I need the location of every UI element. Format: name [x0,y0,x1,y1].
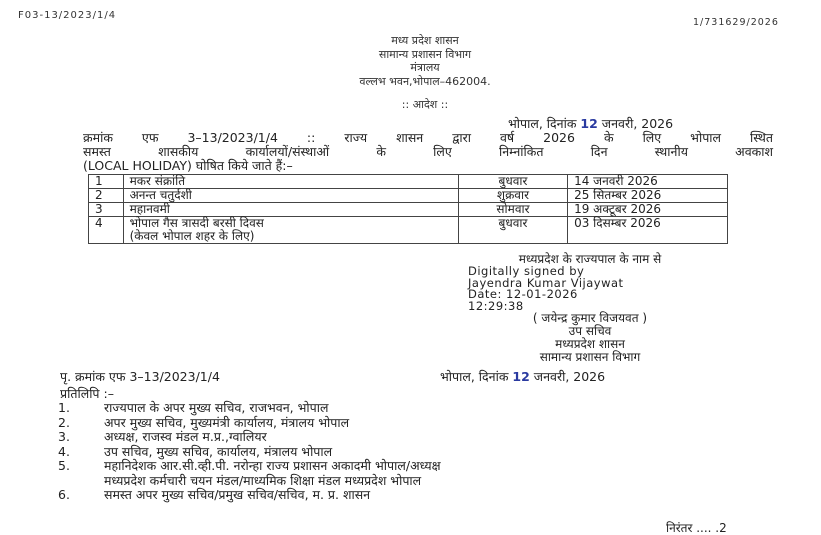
letterhead: मध्य प्रदेश शासन सामान्य प्रशासन विभाग म… [300,34,550,88]
copy-to-item: मध्यप्रदेश कर्मचारी चयन मंडल/माध्यमिक शि… [58,474,441,489]
holiday-name: महानवमी [123,203,458,217]
copy-to-item: 2.अपर मुख्य सचिव, मुख्यमंत्री कार्यालय, … [58,416,441,431]
letterhead-address: वल्लभ भवन,भोपाल–462004. [300,75,550,89]
holiday-weekday: बुधवार [458,175,567,189]
serial-reference: 1/731629/2026 [693,17,779,28]
holiday-sn: 1 [89,175,124,189]
body-line: समस्त शासकीय कार्यालयों/संस्थाओं के लिए … [83,145,773,159]
copy-to-item: 6.समस्त अपर मुख्य सचिव/प्रमुख सचिव/सचिव,… [58,488,441,503]
signature-block: मध्यप्रदेश के राज्यपाल के नाम से Digital… [440,253,740,364]
holiday-date: 19 अक्टूबर 2026 [568,203,728,217]
order-title: :: आदेश :: [300,97,550,112]
holiday-sn: 2 [89,189,124,203]
handwritten-day: 12 [580,116,597,131]
holiday-table: 1मकर संक्रांतिबुधवार14 जनवरी 20262अनन्त … [88,174,728,244]
signatory-dept: सामान्य प्रशासन विभाग [440,351,740,364]
holiday-sn: 3 [89,203,124,217]
holiday-row: 4भोपाल गैस त्रासदी बरसी दिवस(केवल भोपाल … [89,217,728,244]
holiday-date: 25 सितम्बर 2026 [568,189,728,203]
holiday-sn: 4 [89,217,124,244]
file-reference: F03-13/2023/1/4 [18,10,116,21]
copy-to-item: 1.राज्यपाल के अपर मुख्य सचिव, राजभवन, भो… [58,401,441,416]
endorsement-ref: पृ. क्रमांक एफ 3–13/2023/1/4 [60,368,220,385]
letterhead-govt: मध्य प्रदेश शासन [300,34,550,48]
holiday-weekday: सोमवार [458,203,567,217]
holiday-row: 3महानवमीसोमवार19 अक्टूबर 2026 [89,203,728,217]
copy-to-item: 5.महानिदेशक आर.सी.व्ही.पी. नरोन्हा राज्य… [58,459,441,474]
digital-signature: Digitally signed by Jayendra Kumar Vijay… [440,266,740,312]
order-body: क्रमांक एफ 3–13/2023/1/4 :: राज्य शासन द… [83,131,773,173]
body-line: (LOCAL HOLIDAY) घोषित किये जाते हैं:– [83,159,773,173]
letterhead-dept: सामान्य प्रशासन विभाग [300,48,550,62]
holiday-row: 1मकर संक्रांतिबुधवार14 जनवरी 2026 [89,175,728,189]
holiday-weekday: शुक्रवार [458,189,567,203]
copy-to-item: 4.उप सचिव, मुख्य सचिव, कार्यालय, मंत्राल… [58,445,441,460]
continued-marker: निरंतर .... .2 [666,519,727,535]
endorsement-date: भोपाल, दिनांक 12 जनवरी, 2026 [440,368,605,385]
holiday-date: 14 जनवरी 2026 [568,175,728,189]
holiday-name: मकर संक्रांति [123,175,458,189]
copy-to-item: 3.अध्यक्ष, राजस्व मंडल म.प्र.,ग्वालियर [58,430,441,445]
holiday-weekday: बुधवार [458,217,567,244]
holiday-date: 03 दिसम्बर 2026 [568,217,728,244]
handwritten-day: 12 [512,369,529,384]
body-line: क्रमांक एफ 3–13/2023/1/4 :: राज्य शासन द… [83,131,773,145]
holiday-name: अनन्त चतुर्दशी [123,189,458,203]
copy-to-list: 1.राज्यपाल के अपर मुख्य सचिव, राजभवन, भो… [58,401,441,503]
holiday-row: 2अनन्त चतुर्दशीशुक्रवार25 सितम्बर 2026 [89,189,728,203]
letterhead-office: मंत्रालय [300,61,550,75]
holiday-name: भोपाल गैस त्रासदी बरसी दिवस(केवल भोपाल श… [123,217,458,244]
